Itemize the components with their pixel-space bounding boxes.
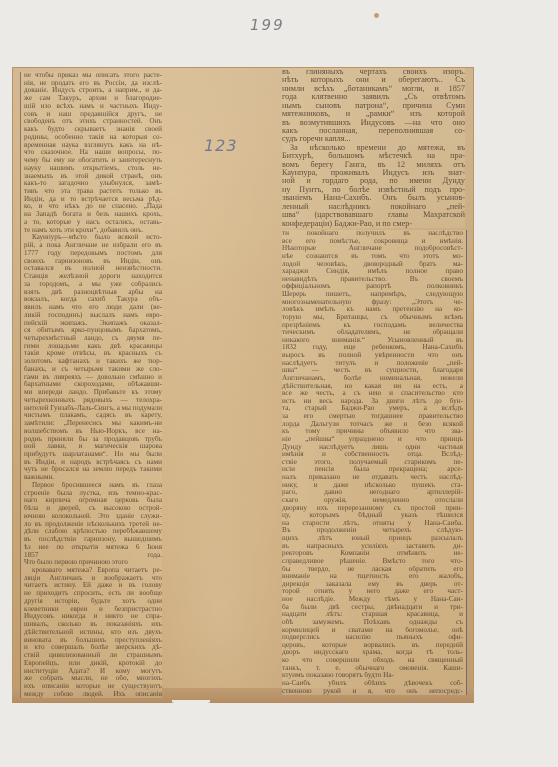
text-line: и кто совершалъ болѣе зверскихъ дѣ- [24, 644, 162, 652]
text-line: чуть не бросался на землю передъ такими [24, 466, 162, 474]
text-line: гами въ ливреяхъ — довольно смѣшно и [24, 374, 162, 382]
text-line: взять двѣ разноцвѣтныя арбы на [24, 289, 162, 297]
text-line: оставался въ полной неизвѣстности. [24, 265, 162, 273]
right-text-column-bottom: ти покойнаго получилъ въ наслѣдствовсе е… [282, 230, 467, 695]
text-line: а то, которые у насъ остались, оставь- [24, 219, 162, 227]
text-line: въ возмутившихъ Индусовъ —на что оно [282, 119, 465, 127]
text-line: нымъ сыновъ патрона“, причина Сумн [282, 102, 465, 110]
text-line: ствіе этого, получаемый старикомъ пе- [282, 459, 463, 467]
text-line: конфедераціи) Баджи-Рао, и по смер- [282, 220, 465, 228]
text-line: четырехконныхъ рядовыхъ — телохра- [24, 397, 162, 405]
text-line: же собрать мысли, не обо, многихъ [24, 675, 162, 683]
text-line: 1777 году передовымъ постомъ для [24, 250, 162, 258]
text-line: дворяну ихъ перерезанному съ простой при… [282, 505, 463, 513]
text-line: лорда Дальгузи тотчасъ же и безо всякой [282, 421, 463, 429]
text-line: надцати лѣтъ: старшая красавица, и [282, 611, 463, 619]
text-line: какъ будто скрываетъ знанія своей [24, 126, 162, 134]
text-line: четырехмѣстный ландо, съ двумя пе- [24, 335, 162, 343]
text-line: своихъ гарнизоновъ въ Индіи, онъ [24, 258, 162, 266]
text-line: не приходитъ спросить, есть ли вообще [24, 590, 162, 598]
text-line: на старости лѣтъ, отняты у Нана-Саиба. [282, 520, 463, 528]
text-line: щихъ лѣтъ юный принцъ разсылалъ [282, 535, 463, 543]
text-line: шій изо всѣхъ намъ и частныхъ Инду- [24, 103, 162, 111]
text-line: въ напрасныхъ усиліяхъ заставить ди- [282, 543, 463, 551]
text-line: нія, не продать его въ Россіи, да изслѣ- [24, 80, 162, 88]
text-line: нѣе сознаются въ томъ что этотъ мо- [282, 253, 463, 261]
text-line: въ глиняныхъ чертахъ своихъ изоръ. [282, 68, 465, 76]
text-line: другія исторіи, будьте хотъ одни [24, 598, 162, 606]
text-line: За нѣсколько времени до мятежа, въ [282, 144, 465, 152]
text-line: ненавидѣть правительство. Въ своемъ [282, 276, 463, 284]
text-line: чему бы ему не обогатить и заинтереснуть [24, 157, 162, 165]
text-line: науку нашимъ открытіемъ, столь не- [24, 165, 162, 173]
text-line: лодой человѣкъ, двоюродный братъ ма- [282, 261, 463, 269]
text-line: многознаменательную фразу: „Этотъ че- [282, 299, 463, 307]
text-line: что сказочное. На наши вопросы, по- [24, 149, 162, 157]
text-line: дирекція заказала ему въ дверь от- [282, 581, 463, 589]
text-line: такія кроме отвѣсы, въ красныхъ съ [24, 350, 162, 358]
text-line: те намъ хоть эти крохи“, добавилъ онъ. [24, 227, 162, 235]
text-line: кормилицей и сватами на богомолье, онѣ [282, 627, 463, 635]
text-line: золотомъ кафтанахъ и такихъ же тюр- [24, 358, 162, 366]
text-line: гими лошадьми какъ двѣ красавицы [24, 343, 162, 351]
text-line: Въ продолженіи четырехъ слѣдую- [282, 527, 463, 535]
text-line: Каунпуръ—мѣсто было всякой исто- [24, 234, 162, 242]
text-line: вомъ берегу Ганга, въ 12 миляхъ отъ [282, 161, 465, 169]
text-line: ѣз нее по открытія мятежа 6 Іюня [24, 544, 162, 552]
text-line: ляціи Англичанъ и воображаетъ что [24, 575, 162, 583]
text-line: танкъ, т. е. обычнаго омовенія. Каши- [282, 665, 463, 673]
text-line: ловѣкъ имѣлъ къ намъ претензію на ко- [282, 306, 463, 314]
text-line: Англичанамъ, болѣе номинальная, нежели [282, 375, 463, 383]
text-line: совъ и наш предавшійся другъ, не [24, 111, 162, 119]
text-line: банахъ, и съ четырьмя такими же сло- [24, 366, 162, 374]
text-line: Битхурѣ, большомъ мѣстечкѣ на пра- [282, 152, 465, 160]
text-line: замѣтили: „Перенесись мы какимъ-ни [24, 420, 162, 428]
text-line: институціи Адата? И кому могутъ [24, 668, 162, 676]
text-line: Дунду наслѣдуетъ лишь одни частныя [282, 444, 463, 452]
text-line: дѣли слабою крѣпостью перебѣжавшему [24, 528, 162, 536]
text-line: торую мы, Британцы, съ обычнымъ всѣмъ [282, 314, 463, 322]
text-line: читаетъ истину. Ей даже и въ голову [24, 582, 162, 590]
text-line: мятежниковъ, и „рамки“ изъ которой [282, 110, 465, 118]
text-line: шва“ (царствовавшаго главы Махратской [282, 211, 465, 219]
text-line: подверглись насилію пьяныхъ офи- [282, 634, 463, 642]
text-line: вокзалъ, когда сахиб Такура объ- [24, 296, 162, 304]
text-line: же сам Такуръ, архии и благородие- [24, 95, 162, 103]
text-line: явилъ намъ что его люди дали (ве- [24, 304, 162, 312]
text-line: та, старый Баджи-Рао умеръ, а вслѣдъ [282, 405, 463, 413]
text-line: рій, а пока Англичане не избрали его въ [24, 242, 162, 250]
text-line: какъ посланная, переполнившая со- [282, 127, 465, 135]
text-line: презрѣніемъ къ господамъ величества [282, 322, 463, 330]
text-line: ми впереди ландо. Прибавьте къ этому [24, 389, 162, 397]
text-line: дѣйствительной истины, кто изъ двухъ [24, 629, 162, 637]
text-line: ба были двѣ сестры, двѣнадцати и три- [282, 604, 463, 612]
text-line: налъ приказано не отдавать честь наслѣд- [282, 474, 463, 482]
text-line: бѣла и дверей, съ высокою острой- [24, 505, 162, 513]
text-line: на-Саибъ убилъ обѣихъ дѣвочекъ соб- [282, 680, 463, 688]
text-line: оффиціальномъ рапортѣ полковникъ [282, 283, 463, 291]
text-line: года клятвенно заявилъ „Съ отвѣтомъ [282, 93, 465, 101]
text-line: ной лавки, и магическія шарова [24, 443, 162, 451]
text-line: 1857 года. [24, 552, 162, 560]
text-line: виновата въ большихъ преступленіяхъ [24, 637, 162, 645]
text-line: за его смертью тогдашнее правительство [282, 413, 463, 421]
text-line: раго, давно негоднаго артиллерій- [282, 489, 463, 497]
text-line: наго кирпича огромная церковь была [24, 497, 162, 505]
page-number: 199 [250, 16, 285, 34]
text-line: клеветники евреи и безпристрастно [24, 606, 162, 614]
text-line: Шерерь пишетъ, напримѣръ, следующую [282, 291, 463, 299]
text-line: вниманіе на тщетность его жалобъ, [282, 573, 463, 581]
text-line: торой отнять у него даже его част- [282, 588, 463, 596]
text-line: скаго оружія, немедленно отослали [282, 497, 463, 505]
text-line: наслѣдуетъ титулъ и положеніе „пей- [282, 360, 463, 368]
text-line: имѣнія и собственность отца. Вслѣд- [282, 451, 463, 459]
text-line: обѣ замужемъ. Поѣхавъ однажды съ [282, 619, 463, 627]
text-line: выросъ въ полной увѣренности что онъ [282, 352, 463, 360]
text-line: Каунпура, проживалъ Индусъ изъ знат- [282, 169, 465, 177]
text-line: кроваваго мятежа? Европа читаетъ ре- [24, 567, 162, 575]
text-line: дѣйствительная, но какая ни на есть, а [282, 383, 463, 391]
text-line: никакого вниманія.“ Усыновленный въ [282, 337, 463, 345]
text-line: ло въ продолженіе нѣсколькихъ третей не- [24, 521, 162, 529]
text-line: Индіи, да и то встрѣчается весьма рѣд- [24, 196, 162, 204]
text-line: за городомъ, а мы уже собрались [24, 281, 162, 289]
text-line: знаемыхъ въ этой дикой странѣ, онъ [24, 173, 162, 181]
text-line: ленный наслѣдникъ покойнаго „пей- [282, 203, 465, 211]
text-line: важными. [24, 474, 162, 482]
text-line: на Западѣ богата и безъ нашихъ крохъ, [24, 211, 162, 219]
text-line: свободенъ отъ этихъ странностей. Онъ [24, 118, 162, 126]
text-line: ся обитымъ ярко-пунцовымъ бархатомъ, [24, 327, 162, 335]
text-line: не чтобы приказ мы описать этого расте- [24, 72, 162, 80]
text-line: ючною колокольней. Это зданіе служи- [24, 513, 162, 521]
text-line: ніе „пейшва“ упразднено и что принцъ [282, 436, 463, 444]
text-line: нимли всѣхъ „ботаникамъ“ могли, и 1857 [282, 85, 465, 93]
text-line: бархатными скороходами, обѣжавши- [24, 381, 162, 389]
text-line: тивъ что эта трава растетъ только въ [24, 188, 162, 196]
text-line: справедливое рѣшеніе. Вмѣсто того что- [282, 558, 463, 566]
text-line: ти покойнаго получилъ въ наслѣдство [282, 230, 463, 238]
text-line: дворъ индусскаго храма, когда тѣ толь- [282, 649, 463, 657]
text-line: ктуимъ показано говорятъ будто На- [282, 672, 463, 680]
text-line: ко что совершили обходъ на священный [282, 657, 463, 665]
text-line: какъ-то загадочно улыбнулся, замѣ- [24, 180, 162, 188]
text-line: въ послѣдствіи гарнизону, вышедшимъ [24, 536, 162, 544]
text-line: временная наука взглянуть какъ на нѣ- [24, 142, 162, 150]
text-line: ко, и что нѣкъ до не спасено. „Пада [24, 203, 162, 211]
text-line: нителей Гунзабъ-Лаль-Сингъ, а мы подумал… [24, 405, 162, 413]
text-line: ное наслѣдіе. Между тѣмъ у Нана-Саи- [282, 596, 463, 604]
text-line: бы твердо, не лаская обратить его [282, 566, 463, 574]
text-line: между собою людей. Ихъ описанія [24, 691, 162, 699]
text-line: шивалъ, сколько въ показаніяхъ ихъ [24, 621, 162, 629]
text-line: ликій господинъ) выслалъ намъ евро- [24, 312, 162, 320]
text-line: дованіе. Индусъ строить, а наприм., и да… [24, 87, 162, 95]
text-line: судъ горечи капля... [282, 135, 465, 143]
right-text-column-top: въ глиняныхъ чертахъ своихъ изоръ.нѣть к… [282, 68, 465, 228]
text-line: роднъ приняли бы за продавцовъ трубъ [24, 436, 162, 444]
text-line: Европейцъ, или дикій, кротокій до [24, 660, 162, 668]
text-line: чистымъ плакамъ, садясь въ карету, [24, 412, 162, 420]
text-line: хараджи Синдія, имѣлъ полное право [282, 268, 463, 276]
text-line: шва“ — честь въ сущности, благодаря [282, 367, 463, 375]
text-line: все же честь, а съ нею и спасительство к… [282, 390, 463, 398]
text-line: 1832 году, еще ребенкомъ, Нана-Сахибъ [282, 344, 463, 352]
text-line: все его помѣстье, сокровища и имѣнія. [282, 238, 463, 246]
text-line: нѣть которыхъ они и оберегаютъ.. Съ [282, 76, 465, 84]
text-line: ихъ описаніи которые не существуютъ [24, 683, 162, 691]
text-line: исть ни весь народа. За двиги лѣтъ до бу… [282, 398, 463, 406]
text-line: церовъ, которые ворвались въ передній [282, 642, 463, 650]
clipping-tear [172, 700, 210, 704]
text-line: ствій цивилизованный ли страшнымъ [24, 652, 162, 660]
text-line: родины, особенно такія на которыя со- [24, 134, 162, 142]
text-line: пейскій экипажъ. Экипажъ оказал- [24, 320, 162, 328]
text-line: Индусовъ никогда и никто не спра- [24, 613, 162, 621]
text-line: нику, и даже нѣсколько пушекъ ста- [282, 482, 463, 490]
text-line: Что было первою причиною этого [24, 559, 162, 567]
text-line: ственною рукой и я, что онъ непосредс- [282, 688, 463, 696]
text-line: тическимъ обладателямъ, не обращали [282, 329, 463, 337]
text-line: къ тому причины объявило что зва- [282, 428, 463, 436]
text-line: цу, которымъ бѣдный указъ тѣшился [282, 512, 463, 520]
text-line: званіемъ Нана-Сахибъ. Онъ былъ усынов- [282, 194, 465, 202]
text-line: ну Пунтъ, по болѣе извѣстный подъ про- [282, 186, 465, 194]
text-line: Нѣкоторые Англичане подобросовѣст- [282, 245, 463, 253]
text-line: ректоровъ Компаніи отмѣнить не- [282, 550, 463, 558]
text-line: Первое бросившееся намъ въ глаза [24, 482, 162, 490]
text-line: Станція желѣзной дороги находится [24, 273, 162, 281]
text-line: ной и гордаго рода, по имени Дунду [282, 177, 465, 185]
left-text-column: не чтобы приказ мы описать этого расте-н… [20, 72, 162, 698]
text-line: въ Индіи, и народъ встрѣчаясь съ нами [24, 459, 162, 467]
text-line: строеніе была лустка, изъ темно-крас- [24, 490, 162, 498]
archive-number: 123 [204, 136, 238, 155]
text-line: прибудутъ шарлатанами“. Но мы были [24, 451, 162, 459]
text-line: волшебствомъ въ Нью-Йоркъ, все на- [24, 428, 162, 436]
text-line: нсіи пенсія была прекращена; арсе- [282, 466, 463, 474]
foxing-stain [374, 13, 379, 18]
